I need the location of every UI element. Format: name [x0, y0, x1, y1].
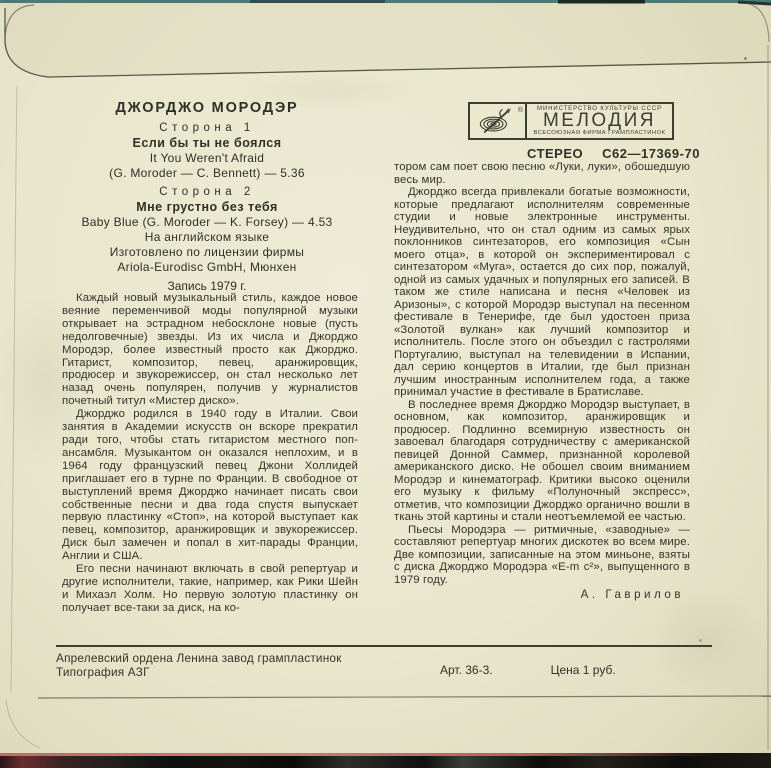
paragraph: тором сам поет свою песню «Луки, луки», …	[394, 161, 690, 186]
article-number: Арт. 36-3.	[440, 663, 493, 677]
registered-trademark-icon: ®	[518, 107, 523, 114]
stereo-catalog-line: СТЕРЕО С62—17369-70	[527, 146, 700, 161]
recording-year-note: Запись 1979 г.	[40, 279, 374, 293]
license-note: Изготовлено по лицензии фирмы	[40, 245, 374, 259]
release-header: ДЖОРДЖО МОРОДЭР Сторона 1 Если бы ты не …	[40, 100, 374, 293]
article-price-line: Арт. 36-3. Цена 1 руб.	[394, 663, 690, 677]
liner-notes-left-column: Каждый новый музыкальный стиль, каждое н…	[62, 292, 358, 615]
pressing-plant-info: Апрелевский ордена Ленина завод грамплас…	[56, 652, 386, 680]
side2-label: Сторона 2	[40, 186, 374, 198]
catalog-number: С62—17369-70	[602, 146, 700, 161]
footer-divider-line	[56, 645, 712, 647]
melodiya-logo-icon	[475, 107, 521, 135]
paragraph: Каждый новый музыкальный стиль, каждое н…	[62, 292, 358, 408]
melodiya-brand-text: МИНИСТЕРСТВО КУЛЬТУРЫ СССР МЕЛОДИЯ ВСЕСО…	[527, 104, 672, 138]
side2-title-ru: Мне грустно без тебя	[40, 200, 374, 214]
paragraph: Джорджо родился в 1940 году в Италии. Св…	[62, 408, 358, 563]
melodiya-logo-cell: ®	[470, 104, 527, 138]
paper-speck	[699, 639, 702, 642]
table-surface-pink-edge	[0, 753, 771, 756]
artist-name: ДЖОРДЖО МОРОДЭР	[40, 100, 374, 116]
price: Цена 1 руб.	[551, 663, 616, 677]
photo-background: ДЖОРДЖО МОРОДЭР Сторона 1 Если бы ты не …	[0, 0, 771, 768]
author-signature: А. Гаврилов	[394, 589, 690, 602]
side1-title-ru: Если бы ты не боялся	[40, 136, 374, 150]
record-sleeve-back: ДЖОРДЖО МОРОДЭР Сторона 1 Если бы ты не …	[0, 0, 771, 753]
melodiya-wordmark: МЕЛОДИЯ	[527, 112, 672, 130]
liner-notes-right-column: тором сам поет свою песню «Луки, луки», …	[394, 161, 690, 602]
melodiya-brand-box: ® МИНИСТЕРСТВО КУЛЬТУРЫ СССР МЕЛОДИЯ ВСЕ…	[468, 102, 674, 140]
paragraph: Его песни начинают включать в свой репер…	[62, 563, 358, 615]
plant-line: Апрелевский ордена Ленина завод грамплас…	[56, 652, 386, 666]
paper-speck	[744, 57, 747, 60]
side1-credits: (G. Moroder — C. Bennett) — 5.36	[40, 166, 374, 180]
paragraph: Джорджо всегда привлекали богатые возмож…	[394, 186, 690, 399]
side1-title-en: It You Weren't Afraid	[40, 151, 374, 165]
stereo-label: СТЕРЕО	[527, 146, 583, 161]
language-note: На английском языке	[40, 230, 374, 244]
side1-label: Сторона 1	[40, 122, 374, 134]
paragraph: Пьесы Мородэра — ритмичные, «заводные» —…	[394, 524, 690, 587]
side2-credits: Baby Blue (G. Moroder — K. Forsey) — 4.5…	[40, 215, 374, 229]
paragraph: В последнее время Джорджо Мородэр выступ…	[394, 399, 690, 524]
printer-line: Типография АЗГ	[56, 666, 386, 680]
license-company: Ariola-Eurodisc GmbH, Мюнхен	[40, 260, 374, 274]
